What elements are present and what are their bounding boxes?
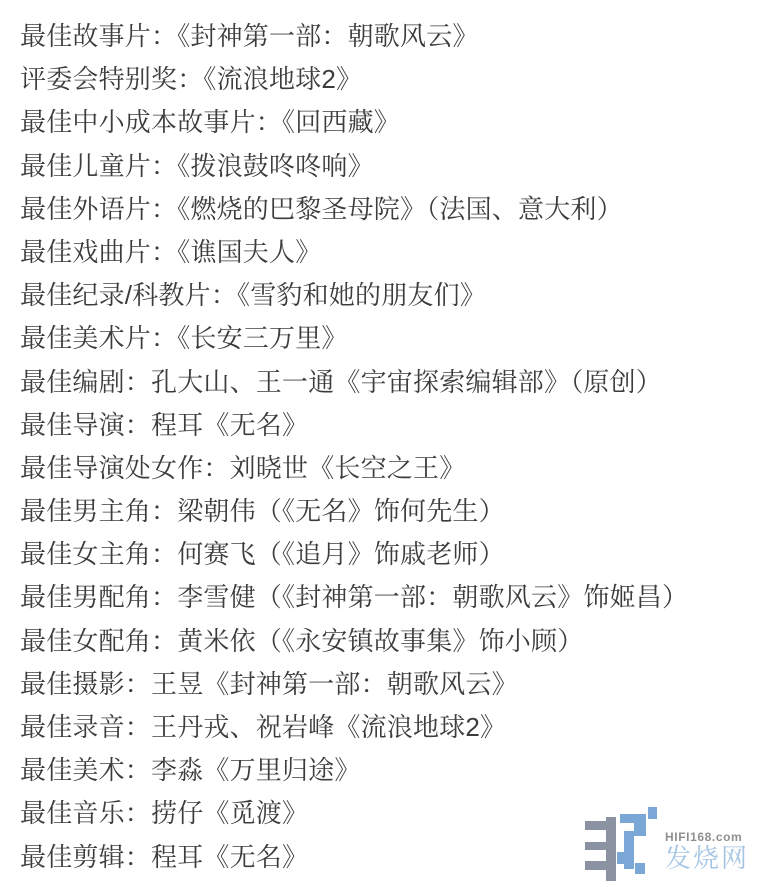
award-list-item: 最佳导演处女作：刘晓世《长空之王》 [20, 447, 751, 490]
award-list-item: 最佳美术片：《长安三万里》 [20, 317, 751, 360]
award-list-item: 评委会特别奖：《流浪地球2》 [20, 58, 751, 101]
watermark-site-name: 发烧网 [665, 844, 749, 873]
award-list-item: 最佳戏曲片：《谯国夫人》 [20, 231, 751, 274]
awards-list: 最佳故事片：《封神第一部：朝歌风云》 评委会特别奖：《流浪地球2》 最佳中小成本… [0, 0, 761, 879]
award-list-item: 最佳男配角：李雪健（《封神第一部：朝歌风云》饰姬昌） [20, 576, 751, 619]
award-list-item: 最佳外语片：《燃烧的巴黎圣母院》（法国、意大利） [20, 188, 751, 231]
award-list-item: 最佳录音：王丹戎、祝岩峰《流浪地球2》 [20, 706, 751, 749]
award-list-item: 最佳故事片：《封神第一部：朝歌风云》 [20, 15, 751, 58]
award-list-item: 最佳女配角：黄米依（《永安镇故事集》饰小顾） [20, 620, 751, 663]
award-list-item: 最佳美术：李淼《万里归途》 [20, 749, 751, 792]
award-list-item: 最佳导演：程耳《无名》 [20, 404, 751, 447]
award-list-item: 最佳编剧：孔大山、王一通《宇宙探索编辑部》（原创） [20, 361, 751, 404]
hifi168-watermark: HIFI168.com 发烧网 [585, 807, 749, 885]
award-list-item: 最佳中小成本故事片：《回西藏》 [20, 101, 751, 144]
award-list-item: 最佳摄影：王昱《封神第一部：朝歌风云》 [20, 663, 751, 706]
award-list-item: 最佳女主角：何赛飞（《追月》饰戚老师） [20, 533, 751, 576]
award-list-item: 最佳纪录/科教片：《雪豹和她的朋友们》 [20, 274, 751, 317]
award-list-item: 最佳男主角：梁朝伟（《无名》饰何先生） [20, 490, 751, 533]
watermark-text: HIFI168.com 发烧网 [665, 807, 749, 873]
award-list-item: 最佳儿童片：《拨浪鼓咚咚响》 [20, 145, 751, 188]
hifi168-logo-icon [585, 807, 660, 885]
